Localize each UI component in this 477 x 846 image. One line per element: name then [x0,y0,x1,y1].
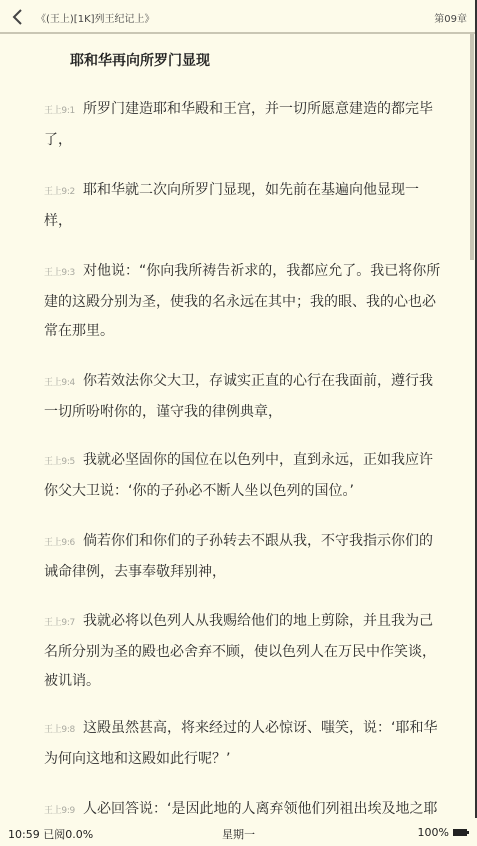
verse-text: 耶和华就二次向所罗门显现，如先前在基遍向他显现一样， [44,182,419,229]
weekday: 星期一 [222,826,255,842]
scrollbar-thumb[interactable] [470,34,474,260]
verse-ref: 王上9:7 [44,618,75,628]
verse-item[interactable]: 王上9:6倘若你们和你们的子孙转去不跟从我，不守我指示你们的诫命律例，去事奉敬拜… [44,527,444,587]
battery-status: 100% [418,826,467,839]
section-heading: 耶和华再向所罗门显现 [70,50,210,70]
verse-text: 这殿虽然甚高，将来经过的人必惊讶、嗤笑，说：‘耶和华为何向这地和这殿如此行呢？’ [44,720,437,767]
chevron-left-icon [10,8,26,26]
verse-item[interactable]: 王上9:5我就必坚固你的国位在以色列中，直到永远，正如我应许你父大卫说：‘你的子… [44,446,444,506]
verse-item[interactable]: 王上9:8这殿虽然甚高，将来经过的人必惊讶、嗤笑，说：‘耶和华为何向这地和这殿如… [44,714,444,774]
back-button[interactable] [10,8,26,26]
verse-item[interactable]: 王上9:2耶和华就二次向所罗门显现，如先前在基遍向他显现一样， [44,176,444,236]
top-bar: 《(王上)[1K]列王纪记上》 第09章 [0,0,477,34]
verse-text: 对他说：“你向我所祷告祈求的，我都应允了。我已将你所建的这殿分别为圣，使我的名永… [44,263,440,339]
verse-ref: 王上9:8 [44,725,75,735]
battery-icon [453,829,467,836]
verse-item[interactable]: 王上9:1所罗门建造耶和华殿和王宫，并一切所愿意建造的都完毕了， [44,95,444,155]
verse-ref: 王上9:1 [44,106,75,116]
verse-text: 人必回答说：‘是因此地的人离弃领他们列祖出埃及地之耶 [83,801,437,817]
verse-item[interactable]: 王上9:7我就必将以色列人从我赐给他们的地上剪除，并且我为己名所分别为圣的殿也必… [44,607,444,696]
verse-text: 你若效法你父大卫，存诚实正直的心行在我面前，遵行我一切所吩咐你的，谨守我的律例典… [44,373,433,420]
verse-ref: 王上9:9 [44,806,75,816]
verse-ref: 王上9:6 [44,538,75,548]
verse-ref: 王上9:4 [44,378,75,388]
verse-ref: 王上9:3 [44,268,75,278]
time-progress: 10:59 已阅0.0% [8,826,93,842]
status-bar: 10:59 已阅0.0% 星期一 100% [0,818,477,846]
verse-ref: 王上9:5 [44,457,75,467]
verse-item[interactable]: 王上9:3对他说：“你向我所祷告祈求的，我都应允了。我已将你所建的这殿分别为圣，… [44,257,444,346]
verse-text: 倘若你们和你们的子孙转去不跟从我，不守我指示你们的诫命律例，去事奉敬拜别神， [44,533,433,580]
verse-text: 我就必将以色列人从我赐给他们的地上剪除，并且我为己名所分别为圣的殿也必舍弃不顾，… [44,613,436,689]
book-title: 《(王上)[1K]列王纪记上》 [36,10,155,25]
verse-item[interactable]: 王上9:4你若效法你父大卫，存诚实正直的心行在我面前，遵行我一切所吩咐你的，谨守… [44,367,444,427]
chapter-label[interactable]: 第09章 [434,10,467,25]
battery-percent: 100% [418,826,449,839]
verse-ref: 王上9:2 [44,187,75,197]
verse-text: 所罗门建造耶和华殿和王宫，并一切所愿意建造的都完毕了， [44,101,433,148]
verse-text: 我就必坚固你的国位在以色列中，直到永远，正如我应许你父大卫说：‘你的子孙必不断人… [44,452,433,499]
